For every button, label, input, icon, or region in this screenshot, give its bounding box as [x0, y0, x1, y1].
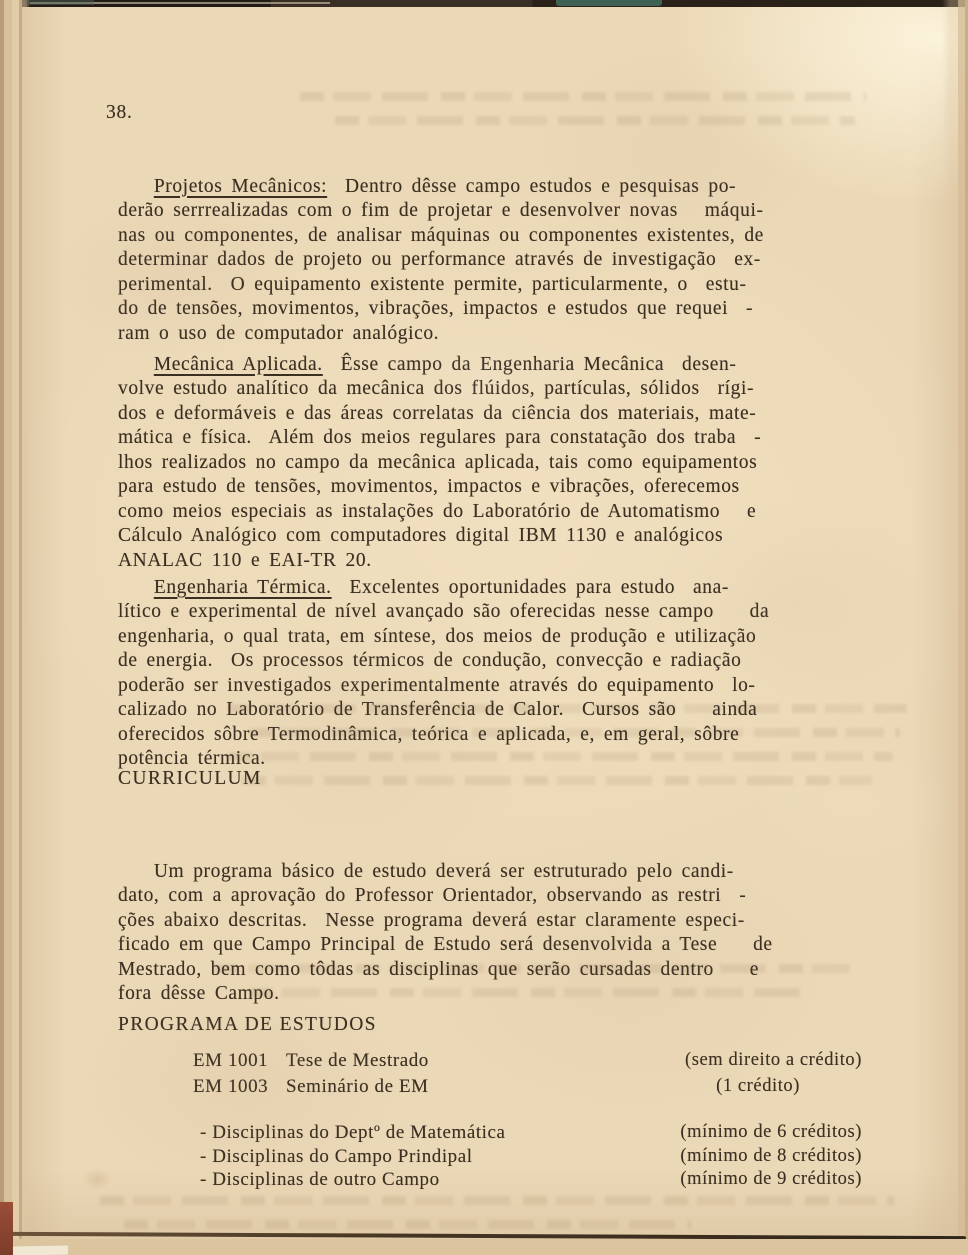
requirement-row-matematica: - Disciplinas do Deptº de Matemática (mí… [118, 1122, 862, 1146]
bottom-corner-paper-sliver [13, 1246, 68, 1255]
page-edge-bottom-strip [0, 1239, 968, 1255]
paragraph-engenharia-termica: Engenharia Térmica. Excelentes oportunid… [118, 551, 870, 796]
requirement-row-campo-principal: - Disciplinas do Campo Prindipal (mínimo… [118, 1146, 862, 1170]
field-heading-engenharia-termica: Engenharia Térmica. [154, 577, 332, 598]
course-name: Tese de Mestrado [286, 1050, 429, 1072]
requirement-label: - Disciplinas do Campo Prindipal [200, 1146, 473, 1168]
page-edge-right [942, 0, 968, 1255]
course-row-em1003: EM 1003 Seminário de EM (1 crédito) [118, 1076, 862, 1102]
field-heading-projetos-mecanicos: Projetos Mecânicos: [154, 176, 327, 197]
paragraph-curriculum: Um programa básico de estudo deverá ser … [118, 835, 870, 1031]
requirement-credit: (mínimo de 6 créditos) [680, 1122, 862, 1143]
requirement-label: - Disciplinas de outro Campo [200, 1169, 440, 1191]
page-number: 38. [106, 102, 133, 124]
course-listing: EM 1001 Tese de Mestrado (sem direito a … [118, 1050, 862, 1102]
course-credit: (sem direito a crédito) [685, 1050, 862, 1071]
teal-binding-mark-small [28, 0, 94, 5]
requirement-credit: (mínimo de 9 créditos) [680, 1169, 862, 1190]
curriculum-body: Um programa básico de estudo deverá ser … [118, 861, 773, 1005]
field-heading-mecanica-aplicada: Mecânica Aplicada. [154, 354, 323, 375]
section-title-curriculum: CURRICULUM [118, 768, 262, 790]
binding-corner-maroon [0, 1202, 13, 1255]
course-code: EM 1001 [193, 1050, 268, 1072]
requirement-row-outro-campo: - Disciplinas de outro Campo (mínimo de … [118, 1169, 862, 1193]
field-body-engenharia-termica: Excelentes oportunidades para estudo ana… [118, 577, 769, 770]
field-body-mecanica-aplicada: Êsse campo da Engenharia Mecânica desen-… [118, 354, 761, 571]
bleedthrough-text-top [300, 92, 890, 140]
scanned-document-page: 38. Projetos Mecânicos: Dentro dêsse cam… [0, 0, 968, 1255]
course-code: EM 1003 [193, 1076, 268, 1098]
course-credit: (1 crédito) [716, 1076, 800, 1097]
teal-binding-mark [556, 0, 662, 6]
course-row-em1001: EM 1001 Tese de Mestrado (sem direito a … [118, 1050, 862, 1076]
field-body-projetos-mecanicos: Dentro dêsse campo estudos e pesquisas p… [118, 176, 764, 344]
paper-stain [82, 1168, 112, 1190]
course-name: Seminário de EM [286, 1076, 429, 1098]
section-title-programa-de-estudos: PROGRAMA DE ESTUDOS [118, 1014, 377, 1036]
requirement-credit: (mínimo de 8 créditos) [680, 1146, 862, 1167]
page-edge-left [0, 0, 30, 1255]
requirements-listing: - Disciplinas do Deptº de Matemática (mí… [118, 1122, 862, 1193]
requirement-label: - Disciplinas do Deptº de Matemática [200, 1122, 506, 1144]
